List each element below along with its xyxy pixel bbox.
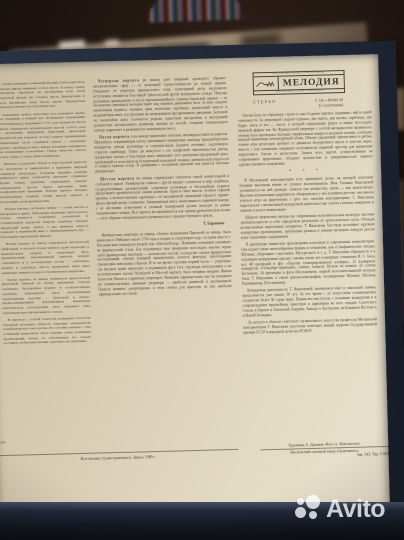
liner-notes-paragraph: В партитах с особой полнотой раскрылись … [3, 316, 92, 346]
photo-of-record-box-set: ВСЕСОЮЗНАЯ ФИРМА ГРАМПЛАСТИНОК МЕЛОДИЯ В… [0, 0, 404, 540]
liner-notes-paragraph: Близка Баху по образному строю и сама Се… [238, 110, 373, 167]
liner-notes-sheet: ВСЕСОЮЗНАЯ ФИРМА ГРАМПЛАСТИНОК МЕЛОДИЯ В… [0, 54, 390, 516]
melodiya-logo-icon [254, 77, 279, 91]
melodiya-label-plate: ВСЕСОЮЗНАЯ ФИРМА ГРАМПЛАСТИНОК МЕЛОДИЯ В… [252, 70, 345, 95]
liner-notes-paragraph: Широта творческих интересов, современная… [240, 212, 375, 240]
highlight-streak [105, 39, 119, 46]
avito-watermark: Avito [295, 495, 385, 523]
liner-notes-paragraph: За заслуги в области советского музыкаль… [243, 318, 377, 336]
box-set: ВСЕСОЮЗНАЯ ФИРМА ГРАМПЛАСТИНОК МЕЛОДИЯ В… [0, 41, 404, 528]
liner-notes-column-middle: Четвертая партита ре мажор даёт широкий … [93, 76, 233, 299]
liner-notes-column-left: Среди клавирных сочинений Иоганна Себаст… [0, 80, 92, 349]
avito-wordmark: Avito [326, 495, 385, 523]
liner-notes-paragraph: Шестая партита ми минор справедливо счит… [95, 174, 230, 221]
liner-notes-paragraph: Третья партита ля минор начинается двухг… [2, 276, 91, 316]
liner-notes-paragraph: Вторая партита до минор открывается пате… [1, 240, 90, 275]
liner-notes-paragraph: Французская увертюра си минор, обычно на… [97, 230, 233, 297]
liner-notes-paragraph: В Московской консерватории есть мраморна… [239, 176, 374, 214]
catalog-block: С 10—10040-50 (5 пластинок) [315, 97, 344, 108]
section-divider: * * * [239, 167, 373, 177]
credits-block: Художник А. Дьячков. Фото А. Жигульского… [260, 441, 388, 459]
liner-notes-paragraph: Концертная деятельность Т. Николаевой, н… [242, 286, 377, 319]
liner-notes-paragraph: Пятая партита соль мажор привлекает свет… [94, 132, 229, 174]
cut-off-text-fragment: щка [0, 440, 6, 444]
liner-notes-column-right: Близка Баху по образному строю и сама Се… [238, 110, 378, 338]
liner-notes-paragraph: Четвертая партита ре мажор даёт широкий … [93, 76, 228, 133]
liner-notes-paragraph: Партиты создавались Бахом в пору высшей … [0, 160, 88, 204]
melodiya-brand: МЕЛОДИЯ [279, 75, 344, 90]
highlight-streak [59, 40, 85, 49]
avito-logo-icon [295, 495, 322, 523]
liner-notes-paragraph: Первая партита си-бемоль мажор — самая с… [0, 205, 89, 240]
stereo-label: СТЕРЕО [253, 99, 276, 110]
issue-line: СТЕРЕО С 10—10040-50 (5 пластинок) [253, 97, 343, 110]
disc-count: (5 пластинок) [319, 102, 344, 108]
author-signature: Т. Баранова [96, 221, 230, 230]
record-stack [148, 0, 245, 23]
liner-notes-paragraph: Клавирные сюиты, известные под названием… [0, 111, 87, 160]
liner-notes-paragraph: Среди клавирных сочинений Иоганна Себаст… [0, 80, 85, 110]
recording-credit: Всесоюзная студия грамзаписи. Запись 198… [80, 455, 155, 461]
liner-notes-paragraph: В репертуаре пианистки произведения клас… [241, 239, 376, 286]
